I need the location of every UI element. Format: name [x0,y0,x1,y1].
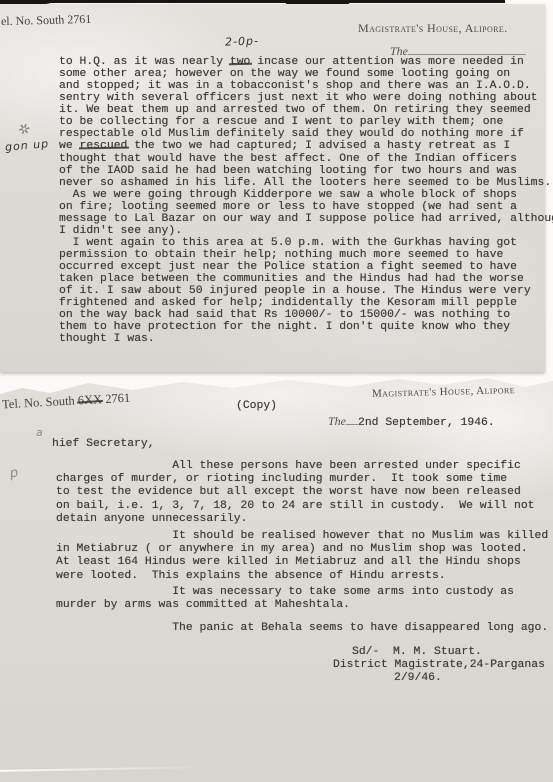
scan-edge-artifact [40,0,505,3]
text-line: on fire; looting seemed more or less to … [59,201,545,213]
page1-letterhead: Magistrate's House, Alipore. [358,21,508,36]
text-line: respectable old Muslim definitely said t… [59,128,545,140]
text-line: of it. I saw about 50 injured people in … [59,285,545,297]
signature-line-title: District Magistrate,24-Parganas [333,659,545,672]
text-line: it. We beat them up and arrested two of … [59,104,545,116]
page2-paragraph-1: All these persons have been arrested und… [56,460,548,526]
text-line: The panic at Behala seems to have disapp… [56,622,548,635]
letter-page-2: Tel. No. South 6XX 2761 (Copy) Magistrat… [0,378,553,782]
pencil-mark: ✲ [16,120,32,139]
page2-letterhead: Magistrate's House, Alipore [372,384,515,400]
text-line: on bail, i.e. 1, 3, 7, 18, 20 to 24 are … [56,500,548,513]
text-line: them to have protection for the night. I… [59,321,545,333]
text-line: As we were going through Kidderpore we s… [59,189,545,201]
text-line: At least 164 Hindus were killed in Metia… [56,556,548,569]
text-line: frightened and asked for help; indidenta… [59,297,545,309]
text-line: some other area; however on the way we f… [59,68,545,80]
text-line: All these persons have been arrested und… [56,460,548,473]
text-line: thought that would have the best affect.… [59,153,545,165]
page1-handwritten-time-annotation: 2-0p- [225,34,259,48]
paper-fold-line [0,766,210,772]
text-line: on the way back had said that Rs 10000/-… [59,309,545,321]
page2-date: 2nd September, 1946. [358,417,495,429]
text-line: never so ashamed in his life. All the lo… [59,177,545,189]
text-line: I went again to this area at 5.0 p.m. wi… [59,237,545,249]
text-line: permission to obtain their help; nothing… [59,249,545,261]
text-line: we rescued the two we had captured; I ad… [59,140,545,152]
text-line: charges of murder, or rioting including … [56,473,548,486]
letter-page-1: el. No. South 2761 Magistrate's House, A… [0,4,545,372]
page1-handwritten-margin-note: gon up [5,137,50,154]
text-line: to be collecting for a rescue and I went… [59,116,545,128]
text-line: were looted. This explains the absence o… [56,570,548,583]
page2-telephone-number: Tel. No. South 6XX 2761 [2,391,131,413]
text-line: and stopped; it was in a tobacconist's s… [59,80,545,92]
page2-paragraph-3: It was necessary to take some arms into … [56,586,548,612]
text-line: to H.Q. as it was nearly two incase our … [59,56,545,68]
page2-copy-label: (Copy) [236,400,277,413]
page2-paragraph-4: The panic at Behala seems to have disapp… [56,622,548,635]
page2-date-line: The2nd September, 1946. [328,412,495,430]
page1-body-text: to H.Q. as it was nearly two incase our … [59,56,545,346]
page2-date-underline [346,413,358,425]
pencil-mark: a [36,426,43,439]
page1-date-blank-line [408,43,526,55]
text-line: thought I was. [59,333,545,345]
text-line: message to Lal Bazar on our way and I su… [59,213,545,225]
text-line: I didn't see any). [59,225,545,237]
text-line: It was necessary to take some arms into … [56,586,548,599]
signature-line-sd: Sd/- M. M. Stuart. [352,646,545,659]
text-line: in Metiabruz ( or anywhere in my area) a… [56,543,548,556]
page2-the-label: The [328,414,346,428]
page2-signature-block: Sd/- M. M. Stuart. District Magistrate,2… [352,646,545,686]
text-line: sentry with several officers just next i… [59,92,545,104]
text-line: occurred except just near the Police sta… [59,261,545,273]
text-line: of the IAOD said he had been watching lo… [59,165,545,177]
scanned-document-page: { "page1": { "tel_no": "el. No. South 27… [0,0,553,782]
pencil-mark: p [9,465,20,481]
text-line: detain anyone unnecessarily. [56,513,548,526]
text-line: taken place between the communities and … [59,273,545,285]
signature-line-date: 2/9/46. [394,672,545,685]
text-line: murder by arms was committed at Maheshta… [56,599,548,612]
text-line: It should be realised however that no Mu… [56,530,548,543]
page2-paragraph-2: It should be realised however that no Mu… [56,530,548,583]
page2-salutation: hief Secretary, [52,438,155,451]
text-line: to test the evidence but all except the … [56,486,548,499]
page1-telephone-number: el. No. South 2761 [1,12,92,29]
